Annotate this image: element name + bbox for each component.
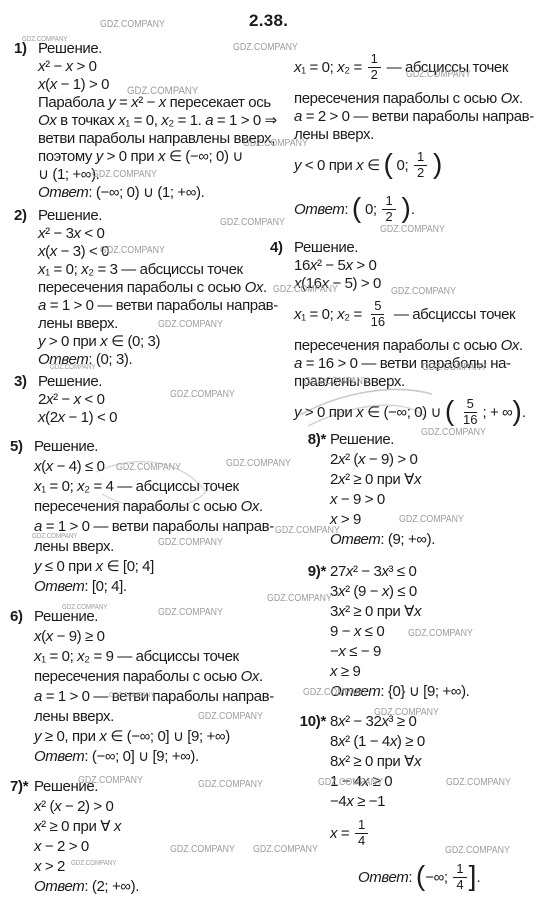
answer-word: Ответ	[34, 878, 84, 895]
solution-line: −4x ≥ −1	[330, 792, 538, 812]
solution-line: x(2x − 1) < 0	[38, 409, 270, 427]
math-variable: x	[414, 603, 421, 620]
problem-number: 8)*	[290, 430, 326, 450]
solution-line: пересечения параболы с осью Ox.	[34, 497, 282, 517]
watermark: GDZ.COMPANY	[275, 526, 340, 536]
math-variable: x	[81, 261, 88, 278]
solution-line: ветви параболы направлены вверх,	[38, 130, 270, 148]
math-variable: y	[38, 333, 45, 350]
watermark: GDZ.COMPANY	[198, 712, 263, 722]
fraction: 12	[368, 52, 381, 83]
math-variable: x	[77, 478, 84, 495]
math-variable: Ox	[241, 498, 259, 515]
watermark: GDZ.COMPANY	[267, 594, 332, 604]
solution-line: x₁ = 0; x₂ = 9 — абсциссы точек	[34, 647, 282, 667]
math-variable: x	[34, 458, 41, 475]
watermark: GDZ.COMPANY	[318, 778, 383, 788]
math-variable: x	[337, 306, 344, 323]
fraction: 14	[355, 818, 368, 849]
watermark: GDZ.COMPANY	[408, 629, 473, 639]
math-variable: x	[96, 558, 103, 575]
solution-line: 8x² (1 − 4x) ≥ 0	[330, 732, 538, 752]
solution-line: y ≥ 0, при x ∈ (−∞; 0] ∪ [9; +∞)	[34, 727, 282, 747]
watermark: GDZ.COMPANY	[226, 459, 291, 469]
solution-line: a = 16 > 0 — ветви параболы на-	[294, 355, 538, 373]
math-variable: x	[337, 59, 344, 76]
problem-10: 10)*8x² − 32x³ ≥ 08x² (1 − 4x) ≥ 08x² ≥ …	[290, 712, 538, 900]
solution-line: x₁ = 0; x₂ = 4 — абсциссы точек	[34, 477, 282, 497]
watermark: GDZ.COMPANY	[243, 139, 308, 149]
solution-line: x₁ = 0; x₂ = 12 — абсциссы точек	[294, 46, 538, 90]
solution-line: −x ≤ − 9	[330, 642, 538, 662]
math-variable: a	[205, 112, 213, 129]
math-variable: Ox	[501, 337, 519, 354]
math-variable: x	[390, 733, 397, 750]
math-variable: x	[330, 491, 337, 508]
watermark: GDZ.COMPANY	[100, 20, 165, 30]
solution-line: 2x² ≥ 0 при ∀x	[330, 470, 538, 490]
math-variable: x	[346, 563, 353, 580]
math-variable: x	[100, 333, 107, 350]
math-variable: x	[34, 858, 41, 875]
solution-line: 2x² (x − 9) > 0	[330, 450, 538, 470]
math-variable: x	[338, 471, 345, 488]
solution-line: Ответ: (−∞; 0) ∪ (1; +∞).	[38, 184, 270, 202]
solution-line: поэтому y > 0 при x ∈ (−∞; 0) ∪	[38, 148, 270, 166]
watermark: GDZ.COMPANY	[422, 363, 487, 373]
solution-line: Решение.	[294, 239, 538, 257]
math-variable: x	[74, 391, 81, 408]
math-variable: x	[58, 409, 65, 426]
math-variable: x	[50, 243, 57, 260]
watermark: GDZ.COMPANY	[170, 390, 235, 400]
problem-number: 3)	[14, 373, 36, 391]
math-variable: y	[108, 94, 115, 111]
solution-line: пересечения параболы с осью Ox.	[38, 279, 270, 297]
solution-line: пересечения параболы с осью Ox.	[294, 337, 538, 355]
math-variable: x	[38, 225, 45, 242]
math-variable: x	[338, 603, 345, 620]
math-variable: x	[54, 798, 61, 815]
solution-line: лены вверх.	[294, 126, 538, 144]
watermark: GDZ.COMPANY	[406, 70, 471, 80]
fraction: 14	[453, 862, 466, 893]
solution-line: 8x² ≥ 0 при ∀x	[330, 752, 538, 772]
math-variable: a	[294, 108, 302, 125]
problem-continuation: x₁ = 0; x₂ = 12 — абсциссы точекпересече…	[270, 46, 538, 232]
watermark: GDZ.COMPANY	[32, 533, 77, 540]
math-variable: Ox	[241, 668, 259, 685]
math-variable: a	[34, 688, 42, 705]
math-variable: a	[38, 297, 46, 314]
fraction-numerator: 1	[453, 862, 466, 878]
math-variable: x	[38, 243, 45, 260]
solution-line: Ответ: (9; +∞).	[330, 530, 538, 550]
math-variable: x	[161, 112, 168, 129]
solution-line: 2x² − x < 0	[38, 391, 270, 409]
watermark: GDZ.COMPANY	[22, 36, 67, 43]
solution-line: Ответ: (−∞; 0] ∪ [9; +∞).	[34, 747, 282, 767]
solution-line: 3x² ≥ 0 при ∀x	[330, 602, 538, 622]
watermark: GDZ.COMPANY	[116, 463, 181, 473]
solution-line: x − 9 > 0	[330, 490, 538, 510]
math-variable: y	[34, 728, 41, 745]
solution-line: x(x − 9) ≥ 0	[34, 627, 282, 647]
watermark: GDZ.COMPANY	[92, 170, 157, 180]
solution-line: пересечения параболы с осью Ox.	[294, 90, 538, 108]
watermark: GDZ.COMPANY	[374, 708, 439, 718]
solution-line: Ox в точках x₁ = 0, x₂ = 1. a = 1 > 0 ⇒	[38, 112, 270, 130]
solution-line: пересечения параболы с осью Ox.	[34, 667, 282, 687]
math-variable: x	[46, 628, 53, 645]
fraction-denominator: 4	[453, 878, 466, 893]
fraction: 12	[382, 194, 395, 225]
answer-word: Ответ	[38, 184, 88, 201]
watermark: GDZ.COMPANY	[78, 776, 143, 786]
math-variable: x	[34, 628, 41, 645]
math-variable: x	[338, 451, 345, 468]
math-variable: x	[38, 58, 45, 75]
math-variable: x	[346, 793, 353, 810]
math-variable: y	[96, 148, 103, 165]
problem-7: 7)*Решение.x² (x − 2) > 0x² ≥ 0 при ∀ xx…	[10, 777, 282, 897]
fraction-denominator: 16	[368, 315, 388, 330]
math-variable: x	[74, 225, 81, 242]
watermark: GDZ.COMPANY	[158, 608, 223, 618]
math-variable: x	[158, 148, 165, 165]
answer-word: Ответ	[34, 578, 84, 595]
math-variable: y	[294, 157, 301, 174]
answer-word: Ответ	[294, 201, 344, 218]
math-variable: x	[38, 261, 45, 278]
math-variable: x	[38, 409, 45, 426]
column-b-left: 5)Решение.x(x − 4) ≤ 0x₁ = 0; x₂ = 4 — а…	[10, 437, 282, 897]
math-variable: x	[358, 451, 365, 468]
solution-line: y < 0 при x ∈ ( 0; 12 )	[294, 144, 538, 188]
exercise-number: 2.38.	[249, 11, 288, 31]
problem-number: 4)	[270, 239, 292, 257]
solution-line: a = 1 > 0 — ветви параболы направ-	[34, 687, 282, 707]
math-variable: x	[310, 257, 317, 274]
solution-line: y > 0 при x ∈ (0; 3)	[38, 333, 270, 351]
math-variable: x	[50, 76, 57, 93]
fraction-denominator: 2	[368, 68, 381, 83]
answer-word: Ответ	[34, 748, 84, 765]
math-variable: x	[34, 798, 41, 815]
math-variable: x	[381, 563, 388, 580]
watermark: GDZ.COMPANY	[158, 320, 223, 330]
math-variable: x	[66, 58, 73, 75]
watermark: GDZ.COMPANY	[304, 377, 369, 387]
math-variable: x	[330, 825, 337, 842]
watermark: GDZ.COMPANY	[158, 538, 223, 548]
fraction-numerator: 5	[371, 299, 384, 315]
watermark: GDZ.COMPANY	[399, 515, 464, 525]
fraction-numerator: 5	[464, 397, 477, 413]
solution-line: лены вверх.	[38, 315, 270, 333]
math-variable: x	[34, 648, 41, 665]
answer-word: Ответ	[358, 869, 408, 886]
math-variable: Ox	[38, 112, 56, 129]
watermark: GDZ.COMPANY	[233, 43, 298, 53]
solution-line: x² (x − 2) > 0	[34, 797, 282, 817]
problem-number: 6)	[10, 607, 32, 627]
math-variable: x	[345, 257, 352, 274]
watermark: GDZ.COMPANY	[273, 285, 338, 295]
watermark: GDZ.COMPANY	[198, 780, 263, 790]
scanned-solutions-page: 2.38. 1)Решение.x² − x > 0x(x − 1) > 0Па…	[0, 0, 538, 922]
math-variable: x	[294, 59, 301, 76]
math-variable: x	[338, 713, 345, 730]
math-variable: x	[338, 583, 345, 600]
watermark: GDZ.COMPANY	[62, 604, 107, 611]
problem-6: 6)Решение.x(x − 9) ≥ 0x₁ = 0; x₂ = 9 — а…	[10, 607, 282, 767]
math-variable: x	[338, 733, 345, 750]
math-variable: y	[294, 404, 301, 421]
watermark: GDZ.COMPANY	[127, 86, 198, 97]
math-variable: x	[34, 818, 41, 835]
fraction-denominator: 2	[382, 210, 395, 225]
math-variable: x	[38, 76, 45, 93]
solution-line: a = 1 > 0 — ветви параболы направ-	[38, 297, 270, 315]
problem-2: 2)Решение.x² − 3x < 0x(x − 3) < 0x₁ = 0;…	[14, 207, 270, 369]
solution-line: Ответ: (2; +∞).	[34, 877, 282, 897]
watermark: GDZ.COMPANY	[421, 428, 486, 438]
math-variable: x	[330, 663, 337, 680]
solution-line: a = 2 > 0 — ветви параболы направ-	[294, 108, 538, 126]
math-variable: x	[99, 728, 106, 745]
fraction: 516	[460, 397, 480, 428]
fraction: 516	[368, 299, 388, 330]
watermark: GDZ.COMPANY	[380, 225, 445, 235]
fraction-numerator: 1	[355, 818, 368, 834]
fraction: 12	[414, 150, 427, 181]
watermark: GDZ.COMPANY	[50, 364, 95, 371]
math-variable: x	[46, 391, 53, 408]
math-variable: x	[356, 157, 363, 174]
watermark: GDZ.COMPANY	[109, 692, 154, 699]
watermark: GDZ.COMPANY	[253, 845, 318, 855]
watermark: GDZ.COMPANY	[446, 778, 511, 788]
solution-line: x² − x > 0	[38, 58, 270, 76]
math-variable: x	[414, 753, 421, 770]
solution-line: x² ≥ 0 при ∀ x	[34, 817, 282, 837]
fraction-denominator: 4	[355, 834, 368, 849]
solution-line: x₁ = 0; x₂ = 3 — абсциссы точек	[38, 261, 270, 279]
problem-number: 10)*	[290, 712, 326, 732]
solution-line: Решение.	[38, 373, 270, 391]
solution-line: Ответ: (−∞; 14].	[358, 856, 538, 900]
math-variable: x	[354, 623, 361, 640]
math-variable: x	[338, 643, 345, 660]
math-variable: Ox	[245, 279, 263, 296]
math-variable: x	[118, 112, 125, 129]
solution-line: Ответ: [0; 4].	[34, 577, 282, 597]
column-b-right: 8)*Решение.2x² (x − 9) > 02x² ≥ 0 при ∀x…	[290, 430, 538, 900]
solution-line: y > 0 при x ∈ (−∞; 0) ∪ ( 516; + ∞).	[294, 391, 538, 435]
solution-line: x₁ = 0; x₂ = 516 — абсциссы точек	[294, 293, 538, 337]
solution-line: 27x² − 3x³ ≤ 0	[330, 562, 538, 582]
solution-line: y ≤ 0 при x ∈ [0; 4]	[34, 557, 282, 577]
fraction-numerator: 1	[382, 194, 395, 210]
math-variable: x	[338, 753, 345, 770]
problem-number: 9)*	[290, 562, 326, 582]
watermark: GDZ.COMPANY	[71, 860, 116, 867]
fraction-numerator: 1	[368, 52, 381, 68]
problem-number: 7)*	[10, 777, 32, 797]
watermark: GDZ.COMPANY	[100, 246, 165, 256]
math-variable: x	[414, 471, 421, 488]
math-variable: x	[382, 583, 389, 600]
fraction-denominator: 2	[414, 166, 427, 181]
fraction-denominator: 16	[460, 413, 480, 428]
problem-number: 2)	[14, 207, 36, 225]
watermark: GDZ.COMPANY	[220, 218, 285, 228]
watermark: GDZ.COMPANY	[445, 846, 510, 856]
fraction-numerator: 1	[414, 150, 427, 166]
problem-number: 5)	[10, 437, 32, 457]
math-variable: x	[46, 458, 53, 475]
solution-line: 16x² − 5x > 0	[294, 257, 538, 275]
math-variable: x	[77, 648, 84, 665]
math-variable: x	[34, 838, 41, 855]
math-variable: x	[114, 818, 121, 835]
math-variable: x	[356, 404, 363, 421]
math-variable: a	[294, 355, 302, 372]
solution-line: 3x² (9 − x) ≤ 0	[330, 582, 538, 602]
math-variable: Ox	[501, 90, 519, 107]
solution-line: Решение.	[34, 437, 282, 457]
math-variable: y	[34, 558, 41, 575]
problem-3: 3)Решение.2x² − x < 0x(2x − 1) < 0	[14, 373, 270, 427]
solution-line: x − 2 > 0	[34, 837, 282, 857]
problem-4: 4)Решение.16x² − 5x > 0x(16x − 5) > 0x₁ …	[270, 239, 538, 435]
watermark: GDZ.COMPANY	[391, 287, 456, 297]
math-variable: x	[34, 478, 41, 495]
watermark: GDZ.COMPANY	[303, 688, 368, 698]
solution-line: x ≥ 9	[330, 662, 538, 682]
watermark: GDZ.COMPANY	[170, 845, 235, 855]
math-variable: x	[294, 306, 301, 323]
